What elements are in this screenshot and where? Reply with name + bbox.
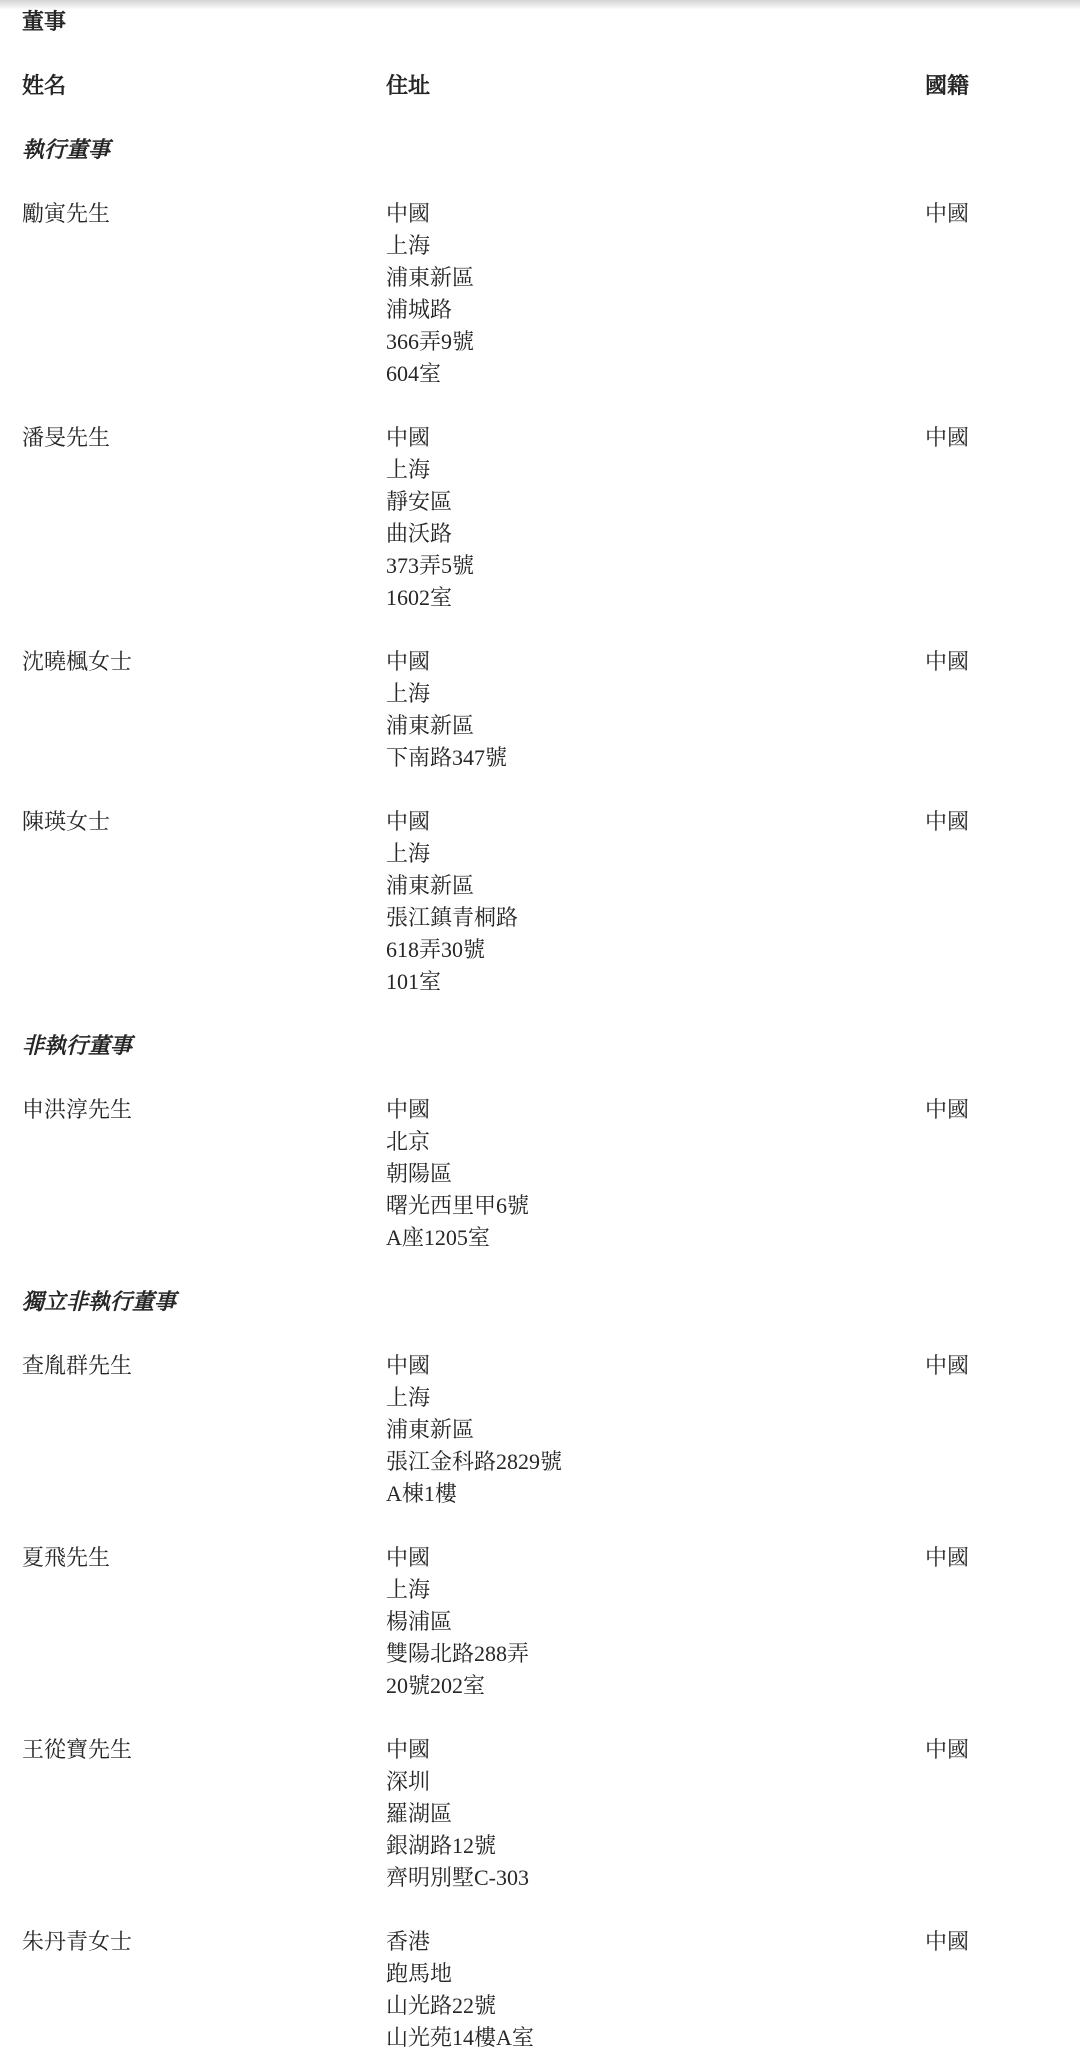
director-row: 查胤群先生 中國上海浦東新區張江金科路2829號A棟1樓 中國 — [22, 1350, 1058, 1510]
director-address: 香港跑馬地山光路22號山光苑14樓A室 — [386, 1926, 925, 2054]
director-nationality: 中國 — [925, 1926, 1058, 2054]
director-name: 潘旻先生 — [22, 422, 386, 614]
director-nationality: 中國 — [925, 198, 1058, 390]
address-line: A座1205室 — [386, 1222, 925, 1254]
director-name: 申洪淳先生 — [22, 1094, 386, 1254]
section-heading: 執行董事 — [22, 134, 1058, 166]
address-line: 中國 — [386, 1542, 925, 1574]
address-line: 浦東新區 — [386, 710, 925, 742]
director-address: 中國上海浦東新區下南路347號 — [386, 646, 925, 774]
address-line: 齊明別墅C-303 — [386, 1862, 925, 1894]
address-line: 中國 — [386, 1350, 925, 1382]
director-name: 陳瑛女士 — [22, 806, 386, 998]
address-line: 朝陽區 — [386, 1158, 925, 1190]
address-line: 楊浦區 — [386, 1606, 925, 1638]
director-row: 沈曉楓女士 中國上海浦東新區下南路347號 中國 — [22, 646, 1058, 774]
address-line: 山光路22號 — [386, 1990, 925, 2022]
director-row: 潘旻先生 中國上海靜安區曲沃路373弄5號1602室 中國 — [22, 422, 1058, 614]
address-line: 銀湖路12號 — [386, 1830, 925, 1862]
director-address: 中國上海浦東新區張江鎮青桐路618弄30號101室 — [386, 806, 925, 998]
address-line: 618弄30號 — [386, 934, 925, 966]
address-line: 中國 — [386, 646, 925, 678]
director-section: 獨立非執行董事 查胤群先生 中國上海浦東新區張江金科路2829號A棟1樓 中國 … — [22, 1286, 1058, 2054]
director-nationality: 中國 — [925, 806, 1058, 998]
director-section: 執行董事 勵寅先生 中國上海浦東新區浦城路366弄9號604室 中國 潘旻先生 … — [22, 134, 1058, 998]
address-line: 張江鎮青桐路 — [386, 902, 925, 934]
director-name: 勵寅先生 — [22, 198, 386, 390]
address-line: 上海 — [386, 454, 925, 486]
address-line: 中國 — [386, 806, 925, 838]
address-line: 深圳 — [386, 1766, 925, 1798]
section-entries: 申洪淳先生 中國北京朝陽區曙光西里甲6號A座1205室 中國 — [22, 1094, 1058, 1254]
table-header-row: 姓名 住址 國籍 — [22, 70, 1058, 102]
address-line: 101室 — [386, 966, 925, 998]
address-line: 浦東新區 — [386, 262, 925, 294]
director-nationality: 中國 — [925, 1542, 1058, 1702]
address-line: 北京 — [386, 1126, 925, 1158]
director-row: 朱丹青女士 香港跑馬地山光路22號山光苑14樓A室 中國 — [22, 1926, 1058, 2054]
director-row: 申洪淳先生 中國北京朝陽區曙光西里甲6號A座1205室 中國 — [22, 1094, 1058, 1254]
director-nationality: 中國 — [925, 1734, 1058, 1894]
address-line: 張江金科路2829號 — [386, 1446, 925, 1478]
address-line: 上海 — [386, 230, 925, 262]
address-line: 雙陽北路288弄 — [386, 1638, 925, 1670]
director-row: 勵寅先生 中國上海浦東新區浦城路366弄9號604室 中國 — [22, 198, 1058, 390]
section-entries: 查胤群先生 中國上海浦東新區張江金科路2829號A棟1樓 中國 夏飛先生 中國上… — [22, 1350, 1058, 2054]
address-line: 下南路347號 — [386, 742, 925, 774]
directors-list: 執行董事 勵寅先生 中國上海浦東新區浦城路366弄9號604室 中國 潘旻先生 … — [22, 134, 1058, 2054]
director-name: 查胤群先生 — [22, 1350, 386, 1510]
section-entries: 勵寅先生 中國上海浦東新區浦城路366弄9號604室 中國 潘旻先生 中國上海靜… — [22, 198, 1058, 998]
address-line: 20號202室 — [386, 1670, 925, 1702]
director-row: 陳瑛女士 中國上海浦東新區張江鎮青桐路618弄30號101室 中國 — [22, 806, 1058, 998]
address-line: 上海 — [386, 678, 925, 710]
director-name: 王從寶先生 — [22, 1734, 386, 1894]
address-line: 浦城路 — [386, 294, 925, 326]
director-nationality: 中國 — [925, 422, 1058, 614]
address-line: 羅湖區 — [386, 1798, 925, 1830]
address-line: 跑馬地 — [386, 1958, 925, 1990]
director-row: 王從寶先生 中國深圳羅湖區銀湖路12號齊明別墅C-303 中國 — [22, 1734, 1058, 1894]
address-line: 香港 — [386, 1926, 925, 1958]
director-section: 非執行董事 申洪淳先生 中國北京朝陽區曙光西里甲6號A座1205室 中國 — [22, 1030, 1058, 1254]
director-address: 中國上海楊浦區雙陽北路288弄20號202室 — [386, 1542, 925, 1702]
address-line: 373弄5號 — [386, 550, 925, 582]
director-nationality: 中國 — [925, 646, 1058, 774]
address-line: 曲沃路 — [386, 518, 925, 550]
address-line: 366弄9號 — [386, 326, 925, 358]
document-page: 董事 姓名 住址 國籍 執行董事 勵寅先生 中國上海浦東新區浦城路366弄9號6… — [0, 0, 1080, 2054]
address-line: 中國 — [386, 1094, 925, 1126]
address-line: 中國 — [386, 422, 925, 454]
address-line: 山光苑14樓A室 — [386, 2022, 925, 2054]
section-heading: 獨立非執行董事 — [22, 1286, 1058, 1318]
address-line: 上海 — [386, 838, 925, 870]
director-address: 中國上海靜安區曲沃路373弄5號1602室 — [386, 422, 925, 614]
director-nationality: 中國 — [925, 1094, 1058, 1254]
section-heading: 非執行董事 — [22, 1030, 1058, 1062]
director-nationality: 中國 — [925, 1350, 1058, 1510]
column-header-nationality: 國籍 — [925, 70, 1058, 102]
address-line: 浦東新區 — [386, 1414, 925, 1446]
column-header-address: 住址 — [386, 70, 925, 102]
address-line: 浦東新區 — [386, 870, 925, 902]
address-line: 604室 — [386, 358, 925, 390]
director-address: 中國上海浦東新區張江金科路2829號A棟1樓 — [386, 1350, 925, 1510]
director-name: 朱丹青女士 — [22, 1926, 386, 2054]
director-name: 夏飛先生 — [22, 1542, 386, 1702]
director-address: 中國北京朝陽區曙光西里甲6號A座1205室 — [386, 1094, 925, 1254]
director-row: 夏飛先生 中國上海楊浦區雙陽北路288弄20號202室 中國 — [22, 1542, 1058, 1702]
address-line: 曙光西里甲6號 — [386, 1190, 925, 1222]
address-line: 1602室 — [386, 582, 925, 614]
address-line: 中國 — [386, 198, 925, 230]
address-line: A棟1樓 — [386, 1478, 925, 1510]
page-title: 董事 — [22, 6, 1058, 38]
address-line: 上海 — [386, 1382, 925, 1414]
director-address: 中國深圳羅湖區銀湖路12號齊明別墅C-303 — [386, 1734, 925, 1894]
director-address: 中國上海浦東新區浦城路366弄9號604室 — [386, 198, 925, 390]
address-line: 上海 — [386, 1574, 925, 1606]
director-name: 沈曉楓女士 — [22, 646, 386, 774]
address-line: 中國 — [386, 1734, 925, 1766]
column-header-name: 姓名 — [22, 70, 386, 102]
address-line: 靜安區 — [386, 486, 925, 518]
